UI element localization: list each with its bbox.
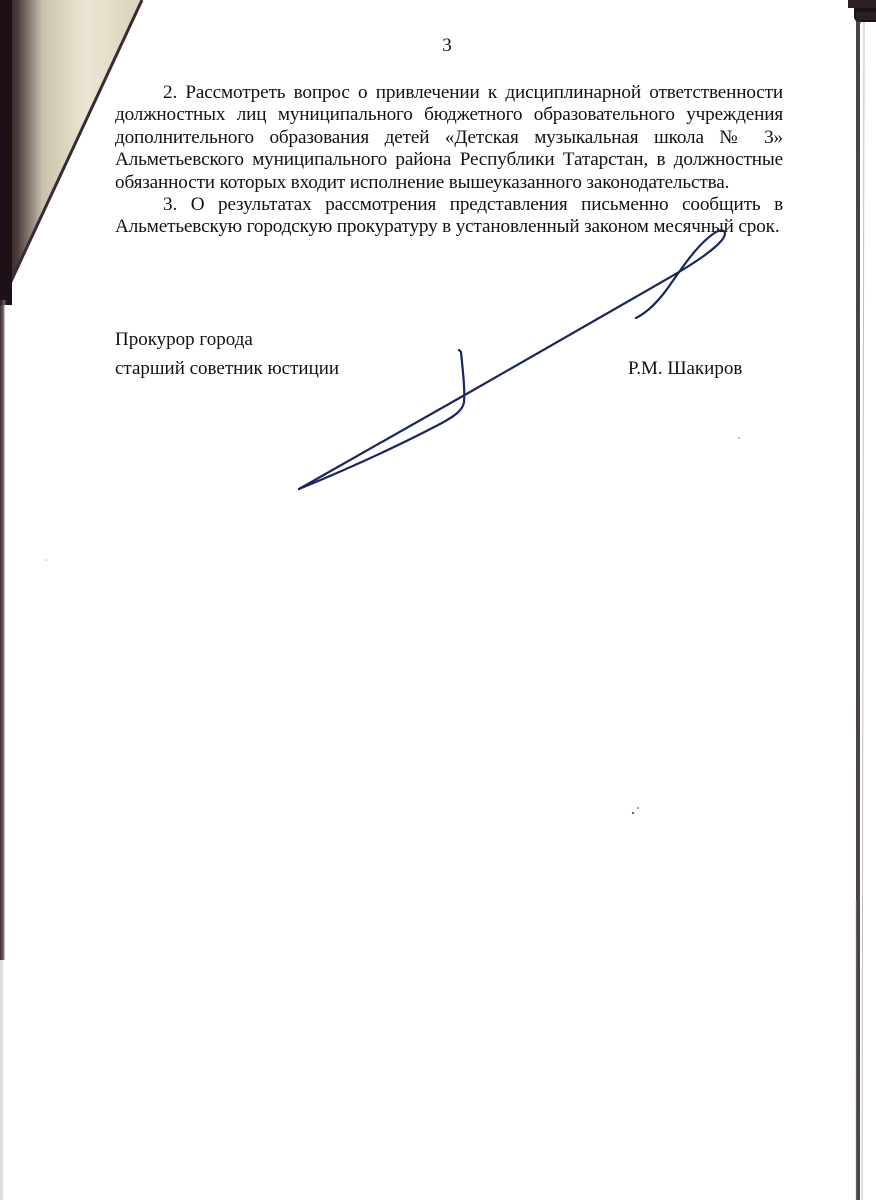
paragraph-item-3: 3. О результатах рассмотрения представле… xyxy=(115,194,783,239)
signatory-position-line-2: старший советник юстиции xyxy=(115,358,339,380)
signatory-name: Р.М. Шакиров xyxy=(628,358,742,380)
page-number: 3 xyxy=(0,35,876,57)
document-page: 3 2. Рассмотреть вопрос о привлечении к … xyxy=(0,0,876,1200)
paragraph-item-2: 2. Рассмотреть вопрос о привлечении к ди… xyxy=(115,82,783,194)
document-body: 2. Рассмотреть вопрос о привлечении к ди… xyxy=(115,82,783,239)
signatory-position-line-1: Прокурор города xyxy=(115,329,253,351)
